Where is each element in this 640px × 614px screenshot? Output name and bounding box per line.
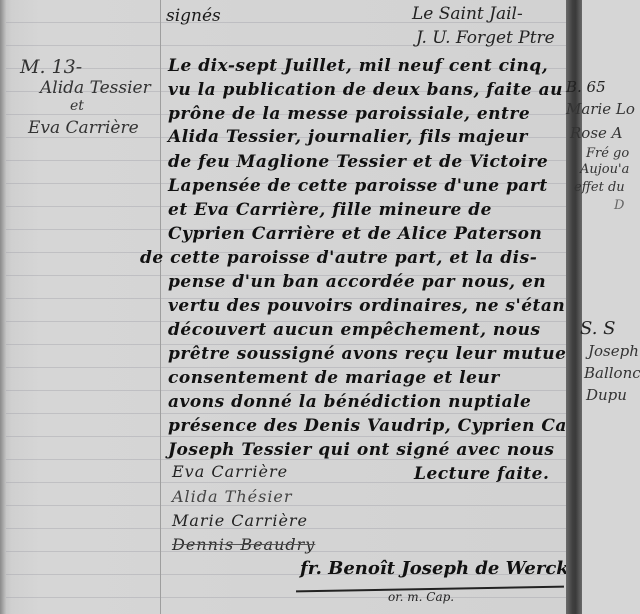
body-line: avons donné la bénédiction nuptiale bbox=[168, 392, 531, 412]
body-line: présence des Denis Vaudrip, Cyprien Carr… bbox=[168, 416, 631, 436]
signature-witness-2: Dennis Beaudry bbox=[172, 535, 315, 554]
page-left-edge bbox=[0, 0, 6, 614]
facing-note: Dupu bbox=[586, 386, 627, 404]
body-line: prêtre soussigné avons reçu leur mutuel bbox=[168, 344, 573, 364]
signature-witness-1: Marie Carrière bbox=[172, 511, 308, 530]
body-line: Joseph Tessier qui ont signé avec nous bbox=[168, 440, 554, 460]
body-line: prône de la messe paroissiale, entre bbox=[168, 104, 530, 124]
body-line: Lapensée de cette paroisse d'une part bbox=[168, 176, 548, 196]
facing-note: B. 65 bbox=[566, 78, 606, 96]
margin-bride-name: Eva Carrière bbox=[28, 118, 139, 138]
body-line: découvert aucun empêchement, nous bbox=[168, 320, 541, 340]
body-line: Le dix-sept Juillet, mil neuf cent cinq, bbox=[168, 56, 548, 76]
facing-note: Ballonc bbox=[584, 364, 640, 382]
facing-note: Marie Lo bbox=[566, 100, 635, 118]
signature-bride: Eva Carrière bbox=[172, 462, 288, 481]
officiant-title: or. m. Cap. bbox=[388, 590, 454, 604]
previous-entry-signer-2: J. U. Forget Ptre bbox=[416, 28, 555, 48]
entry-code: M. 13- bbox=[20, 56, 82, 78]
body-line: de feu Maglione Tessier et de Victoire bbox=[168, 152, 548, 172]
facing-note: Joseph bbox=[588, 342, 639, 360]
body-line: Cyprien Carrière et de Alice Paterson bbox=[168, 224, 542, 244]
body-line: vertu des pouvoirs ordinaires, ne s'étan… bbox=[168, 296, 574, 316]
body-line: Alida Tessier, journalier, fils majeur bbox=[168, 127, 528, 147]
closing-note: Lecture faite. bbox=[414, 464, 549, 484]
previous-entry-closing: signés bbox=[166, 6, 221, 26]
facing-note: D bbox=[614, 198, 624, 213]
register-page: signés Le Saint Jail- J. U. Forget Ptre … bbox=[0, 0, 640, 614]
body-line: pense d'un ban accordée par nous, en bbox=[168, 272, 546, 292]
body-line: consentement de mariage et leur bbox=[168, 368, 500, 388]
facing-note: Fré go bbox=[586, 146, 629, 161]
officiant-signature: fr. Benoît Joseph de Wercken bbox=[300, 558, 593, 579]
facing-note: Aujou'a bbox=[580, 162, 629, 177]
facing-note: effet du bbox=[574, 180, 625, 195]
previous-entry-signer-1: Le Saint Jail- bbox=[412, 4, 523, 24]
facing-note: Rose A bbox=[570, 124, 623, 142]
signature-groom: Alida Thésier bbox=[172, 487, 293, 506]
facing-note: S. S bbox=[580, 318, 615, 339]
margin-conjunction: et bbox=[70, 98, 84, 114]
margin-rule bbox=[160, 0, 161, 614]
margin-groom-name: Alida Tessier bbox=[40, 78, 151, 98]
body-line: vu la publication de deux bans, faite au bbox=[168, 80, 563, 100]
body-line: de cette paroisse d'autre part, et la di… bbox=[140, 248, 537, 268]
body-line: et Eva Carrière, fille mineure de bbox=[168, 200, 492, 220]
